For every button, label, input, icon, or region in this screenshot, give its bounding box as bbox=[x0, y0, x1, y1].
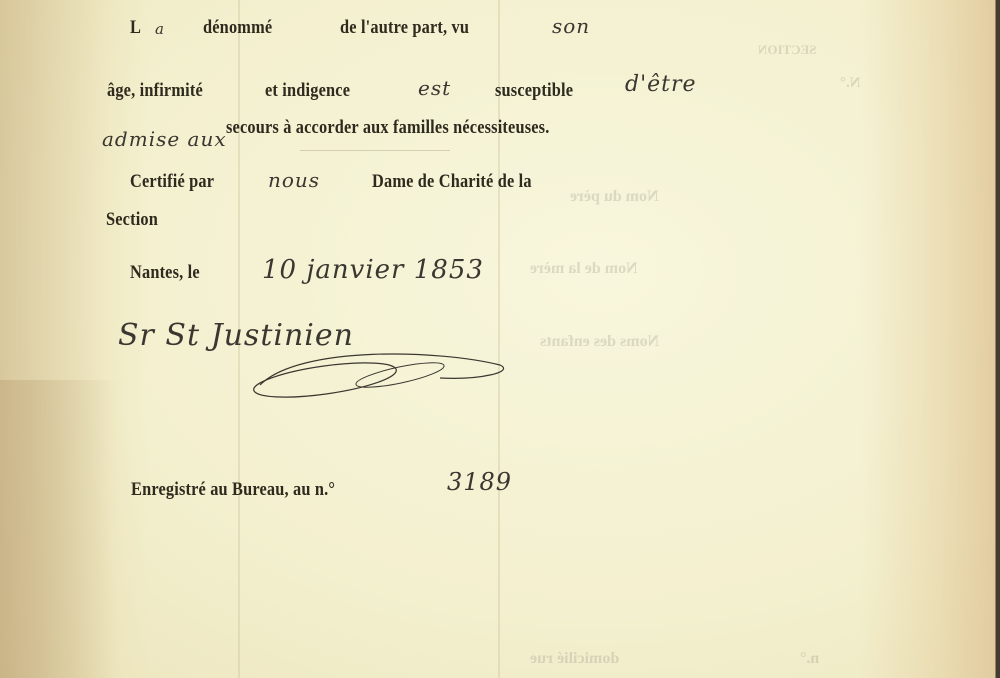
printed-age-infirmite: âge, infirmité bbox=[107, 80, 203, 102]
ghost-address-number: n.° bbox=[800, 650, 819, 668]
printed-autre-part: de l'autre part, vu bbox=[340, 17, 469, 39]
registration-number: 3189 bbox=[447, 468, 512, 496]
paper-stain bbox=[0, 380, 120, 678]
ghost-rule bbox=[300, 150, 450, 151]
handwritten-gender: a bbox=[155, 20, 165, 38]
ghost-father: Nom du père bbox=[570, 188, 659, 206]
handwritten-son: son bbox=[552, 14, 590, 38]
ghost-mother: Nom de la mère bbox=[530, 260, 638, 278]
signature-flourish bbox=[240, 340, 510, 400]
handwritten-etre: d'être bbox=[625, 72, 697, 97]
printed-secours: secours à accorder aux familles nécessit… bbox=[226, 117, 549, 139]
ghost-section: SECTION bbox=[758, 42, 817, 58]
printed-enregistre: Enregistré au Bureau, au n.° bbox=[131, 479, 335, 501]
printed-article: L bbox=[130, 17, 141, 39]
printed-dame-de-charite: Dame de Charité de la bbox=[372, 171, 532, 193]
printed-denomme: dénommé bbox=[203, 17, 272, 39]
printed-nantes-le: Nantes, le bbox=[130, 262, 200, 284]
printed-indigence: et indigence bbox=[265, 80, 350, 102]
handwritten-admise: admise aux bbox=[102, 127, 227, 151]
printed-section: Section bbox=[106, 209, 158, 231]
ghost-number-label: N.° bbox=[840, 75, 861, 92]
printed-certifie-par: Certifié par bbox=[130, 171, 214, 193]
ghost-address: domicilié rue bbox=[530, 650, 619, 668]
printed-susceptible: susceptible bbox=[495, 80, 573, 102]
handwritten-nous: nous bbox=[268, 168, 320, 192]
ghost-children: Noms des enfants bbox=[540, 333, 659, 351]
handwritten-est: est bbox=[418, 76, 451, 100]
handwritten-date: 10 janvier 1853 bbox=[262, 255, 484, 285]
